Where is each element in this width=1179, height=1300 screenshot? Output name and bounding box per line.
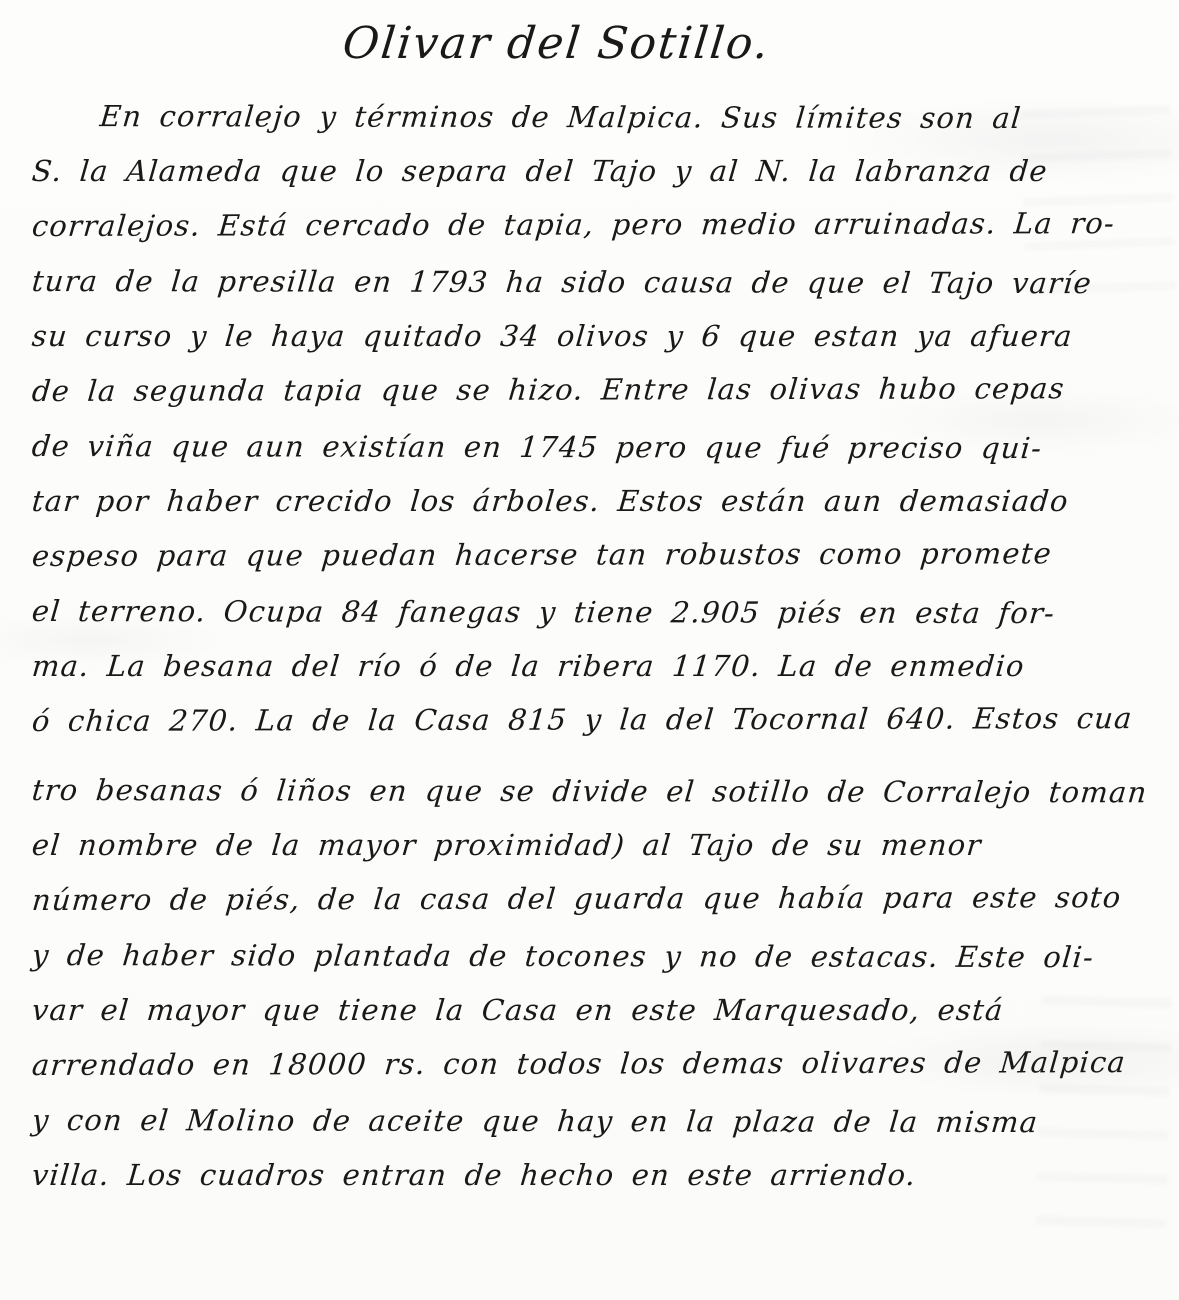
manuscript-line: ó chica 270. La de la Casa 815 y la del … <box>30 691 1144 749</box>
manuscript-line: corralejos. Está cercado de tapia, pero … <box>30 196 1144 254</box>
manuscript-line: var el mayor que tiene la Casa en este M… <box>30 983 1144 1038</box>
manuscript-body: En corralejo y términos de Malpica. Sus … <box>32 89 1141 1203</box>
manuscript-line: de viña que aun existían en 1745 pero qu… <box>30 419 1144 476</box>
manuscript-line: de la segunda tapia que se hizo. Entre l… <box>30 361 1144 419</box>
manuscript-line: tar por haber crecido los árboles. Estos… <box>30 474 1144 529</box>
manuscript-line: villa. Los cuadros entran de hecho en es… <box>30 1148 1144 1203</box>
manuscript-line: espeso para que puedan hacerse tan robus… <box>30 526 1144 584</box>
manuscript-line: su curso y le haya quitado 34 olivos y 6… <box>30 309 1144 364</box>
manuscript-line: el nombre de la mayor proximidad) al Taj… <box>30 818 1144 873</box>
manuscript-line: número de piés, de la casa del guarda qu… <box>30 870 1144 928</box>
manuscript-line: ma. La besana del río ó de la ribera 117… <box>30 639 1144 694</box>
manuscript-line: tura de la presilla en 1793 ha sido caus… <box>30 254 1144 311</box>
manuscript-line: y con el Molino de aceite que hay en la … <box>30 1093 1144 1150</box>
manuscript-line: el terreno. Ocupa 84 fanegas y tiene 2.9… <box>30 584 1144 641</box>
manuscript-line: S. la Alameda que lo separa del Tajo y a… <box>30 144 1144 199</box>
manuscript-line: arrendado en 18000 rs. con todos los dem… <box>30 1035 1144 1093</box>
page-title: Olivar del Sotillo. <box>29 18 1083 69</box>
manuscript-line: En corralejo y términos de Malpica. Sus … <box>30 89 1144 146</box>
manuscript-line: tro besanas ó liños en que se divide el … <box>30 763 1144 820</box>
manuscript-page: Olivar del Sotillo. En corralejo y térmi… <box>0 0 1179 1300</box>
manuscript-line: y de haber sido plantada de tocones y no… <box>30 928 1144 985</box>
